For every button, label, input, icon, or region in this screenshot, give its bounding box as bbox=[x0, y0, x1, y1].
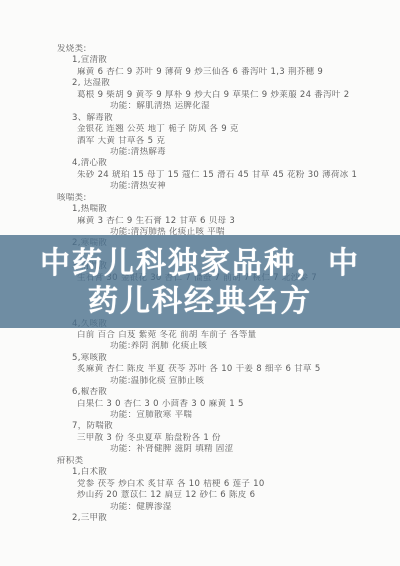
doc-line: 功能：健脾渗湿 bbox=[0, 502, 400, 513]
doc-line: 功能：宣肺散寒 平喘 bbox=[0, 410, 400, 421]
doc-line: 功能:清泻肺热 化痰止咳 平喘 bbox=[0, 227, 400, 238]
doc-line: 咳喘类: bbox=[0, 193, 400, 204]
doc-line: 白前 百合 白芨 紫菀 冬花 前胡 车前子 各等量 bbox=[0, 330, 400, 341]
doc-line: 功能:养阴 润肺 化痰止咳 bbox=[0, 341, 400, 352]
doc-line: 2, 达湿散 bbox=[0, 78, 400, 89]
doc-line: 5,寒咳散 bbox=[0, 353, 400, 364]
doc-line: 4,清心散 bbox=[0, 158, 400, 169]
overlay-title-line-1: 中药儿科独家品种，中 bbox=[0, 245, 400, 283]
doc-line: 2,三甲散 bbox=[0, 513, 400, 524]
doc-line: 麻黄 3 杏仁 9 生石膏 12 甘草 6 贝母 3 bbox=[0, 216, 400, 227]
overlay-title-line-2: 药儿科经典名方 bbox=[0, 283, 400, 321]
doc-line: 1,白术散 bbox=[0, 467, 400, 478]
doc-line: 三甲散 3 份 冬虫夏草 胎盘粉各 1 份 bbox=[0, 433, 400, 444]
doc-line: 麻黄 6 杏仁 9 苏叶 9 薄荷 9 炒三仙各 6 番泻叶 1,3 荆芥穗 9 bbox=[0, 67, 400, 78]
doc-line: 功能:清热解毒 bbox=[0, 147, 400, 158]
doc-line: 朱砂 24 琥珀 15 母丁 15 蔻仁 15 滑石 45 甘草 45 花粉 3… bbox=[0, 170, 400, 181]
doc-line: 葛根 9 柴胡 9 黄芩 9 厚朴 9 炒大白 9 草果仁 9 炒莱菔 24 番… bbox=[0, 90, 400, 101]
doc-line: 7，防喘散 bbox=[0, 421, 400, 432]
doc-line: 功能:温肺化痰 宣肺止咳 bbox=[0, 376, 400, 387]
page: 发烧类:1,宣清散麻黄 6 杏仁 9 苏叶 9 薄荷 9 炒三仙各 6 番泻叶 … bbox=[0, 0, 400, 566]
doc-line: 3、解毒散 bbox=[0, 113, 400, 124]
doc-line: 疳积类 bbox=[0, 456, 400, 467]
doc-line: 1,热喘散 bbox=[0, 204, 400, 215]
doc-line: 1,宣清散 bbox=[0, 55, 400, 66]
doc-line: 炒山药 20 薏苡仁 12 扁豆 12 砂仁 6 陈皮 6 bbox=[0, 490, 400, 501]
overlay-title: 中药儿科独家品种，中 药儿科经典名方 bbox=[0, 245, 400, 321]
doc-line: 党参 茯苓 炒白术 炙甘草 各 10 桔梗 6 莲子 10 bbox=[0, 479, 400, 490]
doc-line: 功能：补肾健脾 滋阴 填精 固涩 bbox=[0, 444, 400, 455]
doc-line: 金银花 连翘 公英 地丁 栀子 防风 各 9 克 bbox=[0, 124, 400, 135]
doc-line: 功能：解肌清热 运脾化湿 bbox=[0, 101, 400, 112]
doc-line: 发烧类: bbox=[0, 44, 400, 55]
doc-line: 炙麻黄 杏仁 陈皮 半夏 茯苓 苏叶 各 10 干姜 8 细辛 6 甘草 5 bbox=[0, 364, 400, 375]
doc-line: 白果仁 3 0 杏仁 3 0 小茴香 3 0 麻黄 1 5 bbox=[0, 399, 400, 410]
doc-line: 酒军 大黄 甘草各 5 克 bbox=[0, 136, 400, 147]
doc-line: 功能:清热安神 bbox=[0, 181, 400, 192]
doc-line: 6,椒杏散 bbox=[0, 387, 400, 398]
